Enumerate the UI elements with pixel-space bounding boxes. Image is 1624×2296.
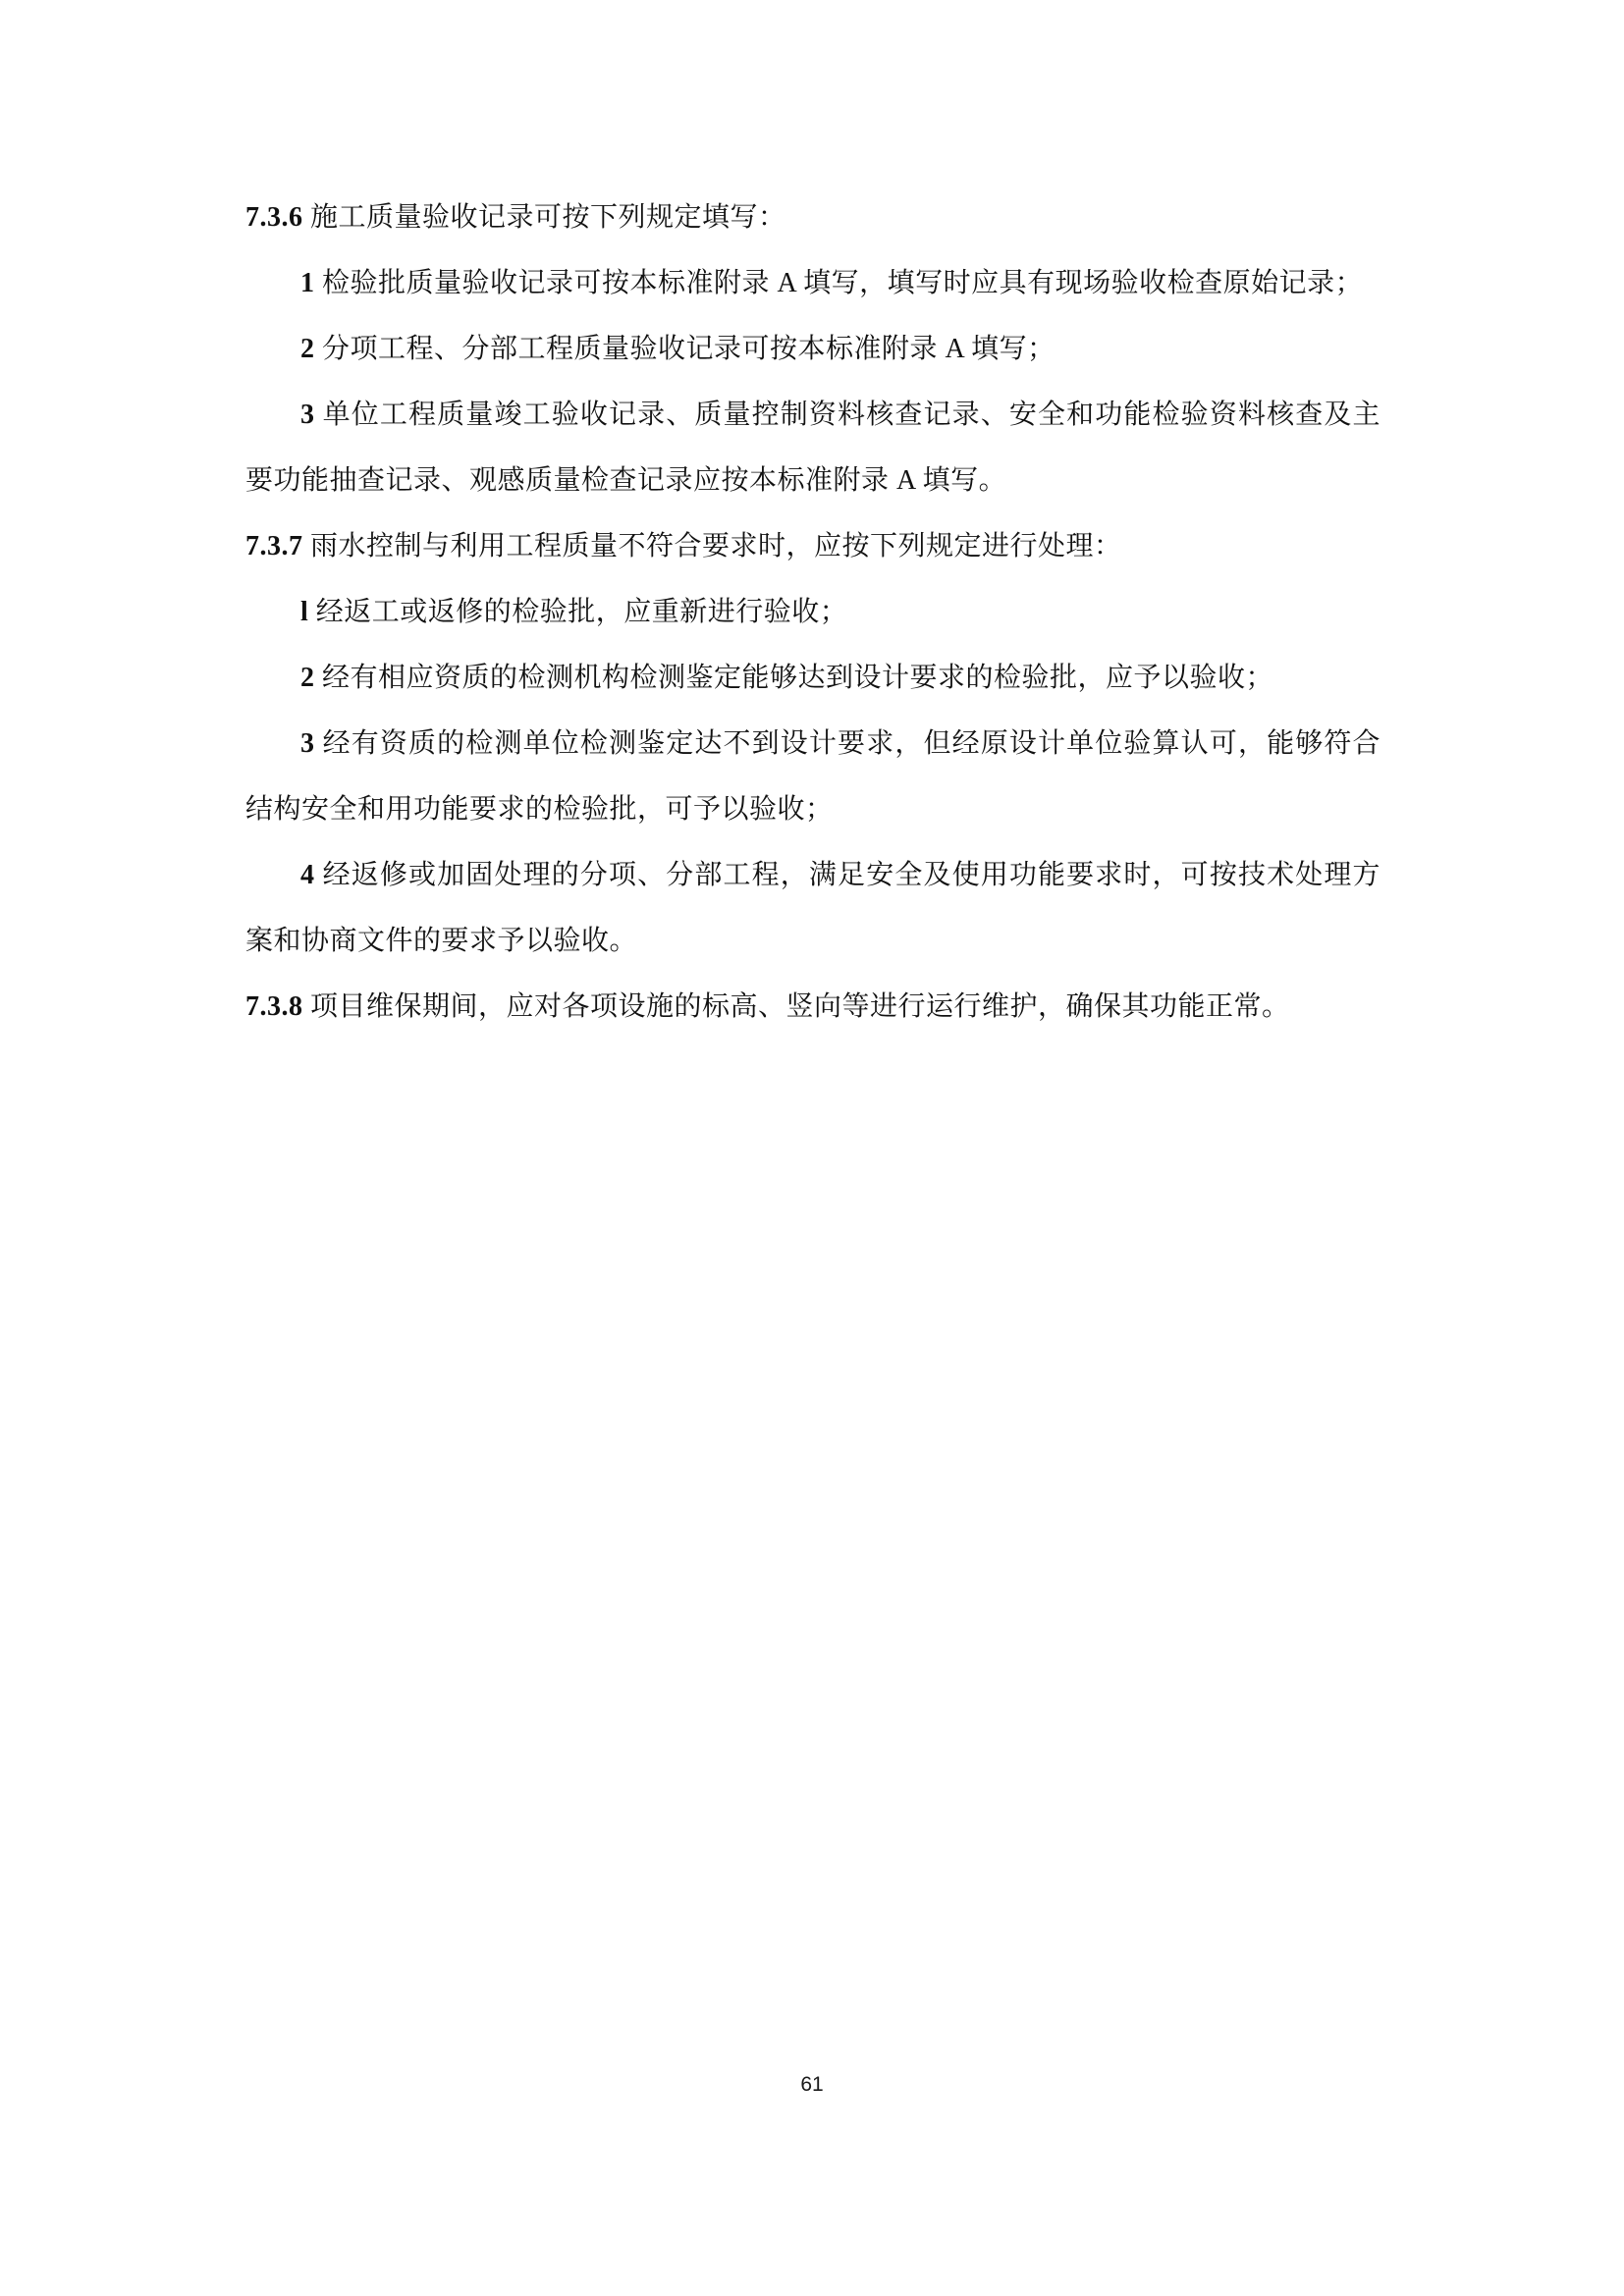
list-item-3: 3 经有资质的检测单位检测鉴定达不到设计要求，但经原设计单位验算认可，能够符合结… (245, 711, 1380, 842)
item-number: 2 (300, 663, 315, 693)
list-item-4: 4 经返修或加固处理的分项、分部工程，满足安全及使用功能要求时，可按技术处理方案… (245, 842, 1380, 974)
item-text: 经返工或返修的检验批，应重新进行验收； (308, 597, 847, 627)
clause-number: 7.3.7 (245, 531, 303, 561)
list-item-2: 2 分项工程、分部工程质量验收记录可按本标准附录 A 填写； (245, 316, 1380, 382)
list-item-3: 3 单位工程质量竣工验收记录、质量控制资料核查记录、安全和功能检验资料核查及主要… (245, 382, 1380, 513)
clause-text: 雨水控制与利用工程质量不符合要求时，应按下列规定进行处理： (303, 531, 1122, 561)
item-number: 4 (300, 860, 315, 890)
item-text: 经有相应资质的检测机构检测鉴定能够达到设计要求的检验批，应予以验收； (315, 663, 1274, 693)
list-item-1: l 经返工或返修的检验批，应重新进行验收； (245, 579, 1380, 645)
clause-number: 7.3.6 (245, 202, 303, 233)
item-number: 1 (300, 268, 315, 298)
item-text: 经返修或加固处理的分项、分部工程，满足安全及使用功能要求时，可按技术处理方案和协… (245, 860, 1380, 956)
item-text: 分项工程、分部工程质量验收记录可按本标准附录 A 填写； (315, 334, 1056, 364)
list-item-1: 1 检验批质量验收记录可按本标准附录 A 填写，填写时应具有现场验收检查原始记录… (245, 250, 1380, 316)
item-number: 3 (300, 728, 315, 759)
clause-7-3-7-heading: 7.3.7 雨水控制与利用工程质量不符合要求时，应按下列规定进行处理： (245, 513, 1380, 579)
clause-7-3-8-heading: 7.3.8 项目维保期间，应对各项设施的标高、竖向等进行运行维护，确保其功能正常… (245, 974, 1380, 1040)
item-number: 2 (300, 334, 315, 364)
item-text: 经有资质的检测单位检测鉴定达不到设计要求，但经原设计单位验算认可，能够符合结构安… (245, 728, 1380, 825)
clause-number: 7.3.8 (245, 991, 303, 1022)
list-item-2: 2 经有相应资质的检测机构检测鉴定能够达到设计要求的检验批，应予以验收； (245, 645, 1380, 711)
item-text: 检验批质量验收记录可按本标准附录 A 填写，填写时应具有现场验收检查原始记录； (315, 268, 1364, 298)
page-number: 61 (0, 2073, 1624, 2097)
clause-text: 项目维保期间，应对各项设施的标高、竖向等进行运行维护，确保其功能正常。 (303, 991, 1290, 1022)
item-number: 3 (300, 400, 315, 430)
document-body: 7.3.6 施工质量验收记录可按下列规定填写： 1 检验批质量验收记录可按本标准… (245, 185, 1380, 1040)
clause-text: 施工质量验收记录可按下列规定填写： (303, 202, 786, 233)
document-page: 7.3.6 施工质量验收记录可按下列规定填写： 1 检验批质量验收记录可按本标准… (0, 0, 1624, 2296)
clause-7-3-6-heading: 7.3.6 施工质量验收记录可按下列规定填写： (245, 185, 1380, 250)
item-text: 单位工程质量竣工验收记录、质量控制资料核查记录、安全和功能检验资料核查及主要功能… (245, 400, 1380, 496)
